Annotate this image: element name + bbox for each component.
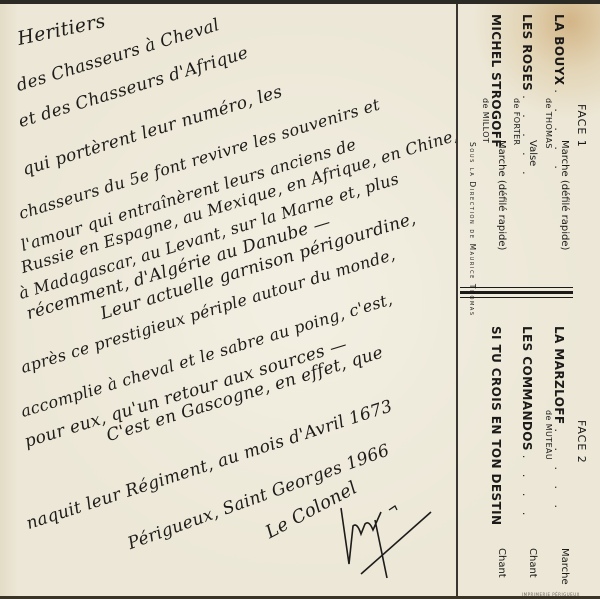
printer-credit: IMPRIMERIE PÉRIGUEUX bbox=[522, 592, 580, 597]
track-composer: de MUTEAU bbox=[544, 410, 553, 460]
track-dots: . . . . bbox=[520, 455, 533, 521]
track-title: SI TU CROIS EN TON DESTIN bbox=[489, 326, 503, 525]
face-2-title: FACE 2 bbox=[575, 420, 588, 464]
track-item: LA MARZLOFF. . . . . bbox=[551, 326, 570, 514]
track-item: SI TU CROIS EN TON DESTIN bbox=[488, 326, 507, 525]
track-genre: Chant bbox=[496, 548, 507, 578]
signature-icon bbox=[335, 504, 435, 584]
handwritten-line: Heritiers bbox=[15, 10, 107, 50]
track-item: MICHEL STROGOFF bbox=[488, 14, 507, 148]
track-dots: . . . . . bbox=[520, 95, 533, 180]
track-title: LA BOUYX bbox=[552, 14, 566, 85]
face-separator-rule bbox=[460, 287, 573, 311]
face-1-title: FACE 1 bbox=[575, 104, 588, 148]
face-2: FACE 2 LA MARZLOFF. . . . . Marche de MU… bbox=[458, 316, 600, 599]
track-listing-panel: FACE 1 LA BOUYX. . . . . Marche (défilé … bbox=[458, 4, 600, 599]
track-title: MICHEL STROGOFF bbox=[489, 14, 503, 148]
track-composer: de THOMAS bbox=[544, 98, 553, 149]
track-item: LES COMMANDOS. . . . bbox=[519, 326, 538, 521]
track-composer: de FORTER bbox=[512, 98, 521, 146]
track-genre: Marche (défilé rapide) bbox=[496, 140, 507, 250]
track-title: LES COMMANDOS bbox=[520, 326, 534, 451]
track-genre: Marche (défilé rapide) bbox=[559, 140, 570, 250]
track-title: LES ROSES bbox=[520, 14, 534, 91]
track-title: LA MARZLOFF bbox=[552, 326, 566, 425]
track-genre: Valse bbox=[527, 140, 538, 166]
face-1: FACE 1 LA BOUYX. . . . . Marche (défilé … bbox=[458, 4, 600, 284]
track-dots: . . . . . bbox=[552, 429, 565, 514]
track-genre: Chant bbox=[527, 548, 538, 578]
track-composer: de MILLOT bbox=[481, 98, 490, 143]
track-genre: Marche bbox=[559, 548, 570, 585]
handwritten-dedication: Heritiers des Chasseurs à Cheval et des … bbox=[0, 4, 456, 599]
record-sleeve-back: Heritiers des Chasseurs à Cheval et des … bbox=[0, 0, 600, 599]
